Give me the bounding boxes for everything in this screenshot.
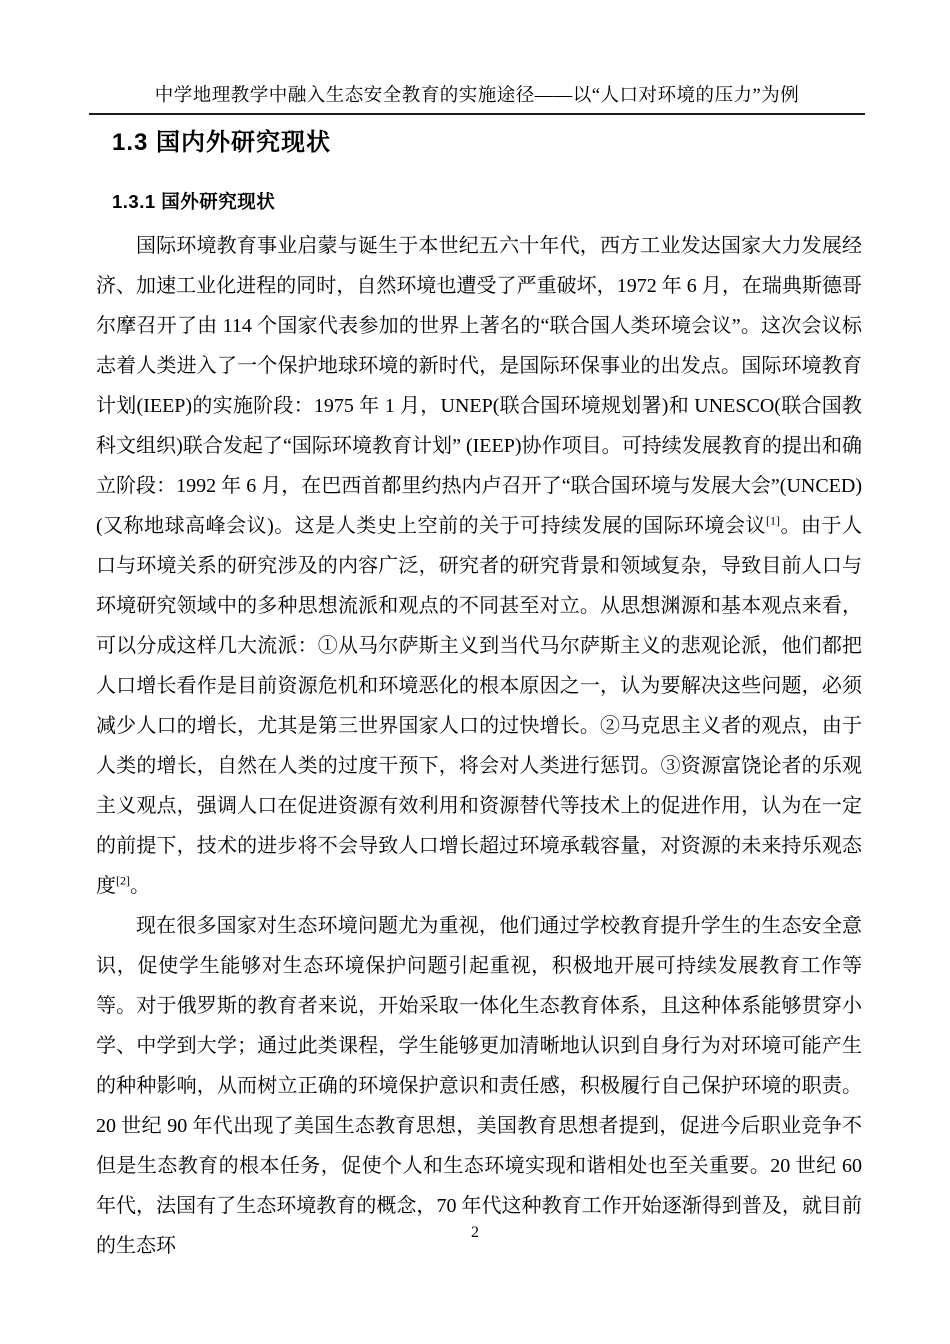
page-number: 2 [471,1224,479,1241]
subsection-heading: 1.3.1 国外研究现状 [112,190,275,214]
page-footer: 2 [0,1222,950,1244]
paragraph-international-env-education: 国际环境教育事业启蒙与诞生于本世纪五六十年代，西方工业发达国家大力发展经济、加速… [96,226,862,906]
running-head-title: 中学地理教学中融入生态安全教育的实施途径——以“人口对环境的压力”为例 [155,86,799,106]
body-text: 国际环境教育事业启蒙与诞生于本世纪五六十年代，西方工业发达国家大力发展经济、加速… [96,226,862,1266]
paragraph-country-eco-education: 现在很多国家对生态环境问题尤为重视，他们通过学校教育提升学生的生态安全意识，促使… [96,906,862,1266]
citation-superscript: [2] [116,873,130,887]
running-head: 中学地理教学中融入生态安全教育的实施途径——以“人口对环境的压力”为例 [89,84,865,115]
document-page: 中学地理教学中融入生态安全教育的实施途径——以“人口对环境的压力”为例 1.3 … [0,0,950,1344]
citation-superscript: [1] [766,513,780,527]
section-heading: 1.3 国内外研究现状 [112,128,331,158]
